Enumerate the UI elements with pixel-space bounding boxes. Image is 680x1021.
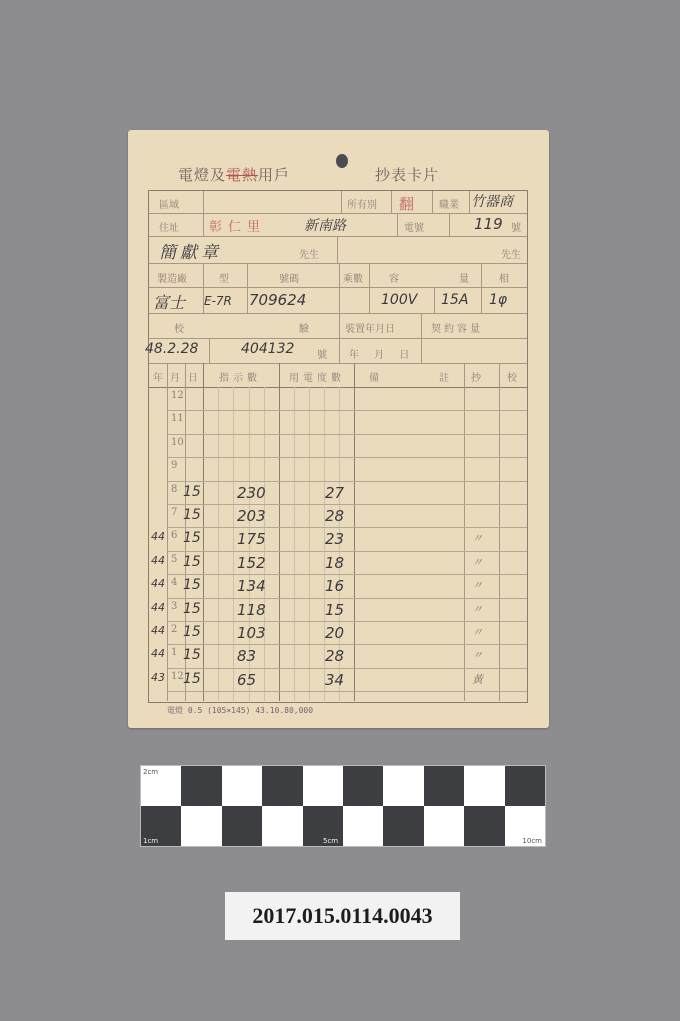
col-copy-header: 抄 (471, 369, 481, 384)
reading-row-day: 15 (183, 530, 201, 546)
ownership-label: 所有別 (347, 196, 377, 211)
district-label: 區域 (159, 196, 179, 211)
ruler-label-10cm: 10cm (522, 837, 542, 845)
reading-row-copy: 〃 (472, 577, 483, 593)
ruler-square (383, 806, 423, 846)
reading-row-reading: 83 (237, 647, 256, 665)
reading-row-year: 44 (151, 577, 165, 590)
meter-maker: 富士 (153, 290, 185, 313)
reading-row-usage: 28 (325, 507, 344, 525)
reading-row-month: 10 (171, 437, 184, 448)
reading-row-month: 1 (171, 647, 177, 658)
col-year-header: 年 (153, 369, 163, 384)
ruler-square (343, 806, 383, 846)
reading-row-usage: 27 (325, 484, 344, 502)
meter-phase: 1φ (489, 292, 507, 308)
ruler-square (464, 806, 504, 846)
meter-header-multiplier: 乘數 (343, 270, 363, 285)
ruler-square (222, 806, 262, 846)
punch-hole (336, 154, 348, 168)
reading-row-reading: 118 (237, 601, 266, 619)
reading-row-month: 4 (171, 577, 177, 588)
reading-row-month: 6 (171, 530, 177, 541)
reading-row-usage: 16 (325, 577, 344, 595)
reading-row-month: 12 (171, 390, 184, 401)
reading-row-year: 44 (151, 647, 165, 660)
ownership-stamp: 翻 (399, 193, 414, 214)
col-month-header: 月 (170, 369, 180, 384)
reading-row-reading: 230 (237, 484, 266, 502)
reading-row-year: 44 (151, 601, 165, 614)
reading-row-copy: 〃 (472, 647, 483, 663)
reading-row-usage: 23 (325, 530, 344, 548)
reading-row-usage: 34 (325, 671, 344, 689)
accession-number-label: 2017.015.0114.0043 (225, 892, 460, 940)
reading-row-month: 11 (171, 413, 184, 424)
phone-value: 119 (474, 215, 503, 233)
reading-row-day: 15 (183, 484, 201, 500)
reading-row-usage: 18 (325, 554, 344, 572)
ruler-square (181, 806, 221, 846)
reading-row-reading: 65 (237, 671, 256, 689)
ruler-label-1cm: 1cm (143, 837, 158, 845)
print-footer: 電燈 0.5 (105×145) 43.10.80,000 (167, 705, 313, 716)
reading-row-day: 15 (183, 507, 201, 523)
col-usage-header: 用電度數 (289, 369, 345, 384)
reading-row-usage: 28 (325, 647, 344, 665)
reading-row-usage: 20 (325, 624, 344, 642)
phone-suffix: 號 (511, 219, 521, 234)
meter-header-capacity-1: 容 (389, 270, 399, 285)
occupation-label: 職業 (439, 196, 459, 211)
card-title-left: 電燈及電熱用戶 (178, 164, 290, 185)
reading-row-day: 15 (183, 647, 201, 663)
inspect-label-2: 驗 (299, 320, 309, 335)
reading-row-year: 44 (151, 554, 165, 567)
ruler-square (464, 766, 504, 806)
phone-label: 電號 (404, 219, 424, 234)
ruler-square (222, 766, 262, 806)
reading-row-reading: 152 (237, 554, 266, 572)
meter-voltage: 100V (381, 292, 417, 308)
mr-label-1: 先生 (299, 246, 319, 261)
reading-row-reading: 203 (237, 507, 266, 525)
reading-row-copy: 〃 (472, 530, 483, 546)
contract-label: 契約容量 (431, 320, 483, 335)
number-suffix: 號 (317, 346, 327, 361)
meter-header-number: 號碼 (279, 270, 299, 285)
reading-row-month: 8 (171, 484, 177, 495)
mr-label-2: 先生 (501, 246, 521, 261)
reading-row-reading: 175 (237, 530, 266, 548)
reading-row-day: 15 (183, 671, 201, 687)
occupation-value: 竹器商 (471, 191, 513, 211)
meter-model: E-7R (204, 294, 232, 308)
ruler-label-5cm: 5cm (323, 837, 338, 845)
ruler-label-2cm: 2cm (143, 768, 158, 776)
meter-ampere: 15A (441, 292, 468, 308)
reading-row-month: 7 (171, 507, 177, 518)
reading-row-usage: 15 (325, 601, 344, 619)
reading-row-day: 15 (183, 624, 201, 640)
meter-number: 709624 (249, 291, 306, 309)
col-remarks-header: 備註 (369, 369, 509, 384)
reading-row-day: 15 (183, 554, 201, 570)
install-date-label: 裝置年月日 (345, 320, 395, 335)
inspect-label-1: 校 (174, 320, 184, 335)
meter-header-maker: 製造廠 (157, 270, 187, 285)
col-day-header: 日 (188, 369, 198, 384)
meter-reading-card: 電燈及電熱用戶 抄表卡片 區域 所有別 翻 職業 竹器商 住址 彰仁里 新南路 … (128, 130, 549, 728)
ruler-square (424, 806, 464, 846)
ruler-square (262, 766, 302, 806)
col-reading-header: 指示數 (219, 369, 261, 384)
address-printed: 彰仁里 (209, 216, 266, 235)
reading-row-copy: 黃 (472, 671, 483, 687)
reading-row-month: 5 (171, 554, 177, 565)
reading-row-month: 2 (171, 624, 177, 635)
reading-row-copy: 〃 (472, 601, 483, 617)
reading-row-month: 3 (171, 601, 177, 612)
reading-row-day: 15 (183, 601, 201, 617)
scale-ruler: 2cm1cm5cm10cm (140, 765, 546, 847)
ruler-square (343, 766, 383, 806)
reading-row-copy: 〃 (472, 554, 483, 570)
reading-row-day: 15 (183, 577, 201, 593)
reading-row-month: 12 (171, 671, 184, 682)
owner-name: 簡獻章 (159, 238, 222, 263)
address-label: 住址 (159, 219, 179, 234)
meter-header-type: 型 (219, 270, 229, 285)
inspect-number: 404132 (241, 341, 294, 357)
reading-row-month: 9 (171, 460, 177, 471)
struck-text: 電熱 (226, 166, 258, 184)
card-form-table: 區域 所有別 翻 職業 竹器商 住址 彰仁里 新南路 電號 119 號 簡獻章 … (148, 190, 528, 703)
reading-row-year: 44 (151, 624, 165, 637)
reading-row-reading: 134 (237, 577, 266, 595)
reading-row-copy: 〃 (472, 624, 483, 640)
address-handwritten: 新南路 (304, 215, 346, 235)
ruler-square (424, 766, 464, 806)
install-date-placeholder: 年 月 日 (349, 346, 415, 361)
ruler-square (383, 766, 423, 806)
reading-row-year: 43 (151, 671, 165, 684)
meter-header-capacity-2: 量 (459, 270, 469, 285)
ruler-square (181, 766, 221, 806)
col-check-header: 校 (507, 369, 517, 384)
meter-header-phase: 相 (499, 270, 509, 285)
ruler-square (303, 766, 343, 806)
reading-row-year: 44 (151, 530, 165, 543)
ruler-square (262, 806, 302, 846)
ruler-square (505, 766, 545, 806)
reading-row-reading: 103 (237, 624, 266, 642)
card-title-right: 抄表卡片 (375, 164, 439, 185)
inspect-date: 48.2.28 (145, 341, 198, 357)
